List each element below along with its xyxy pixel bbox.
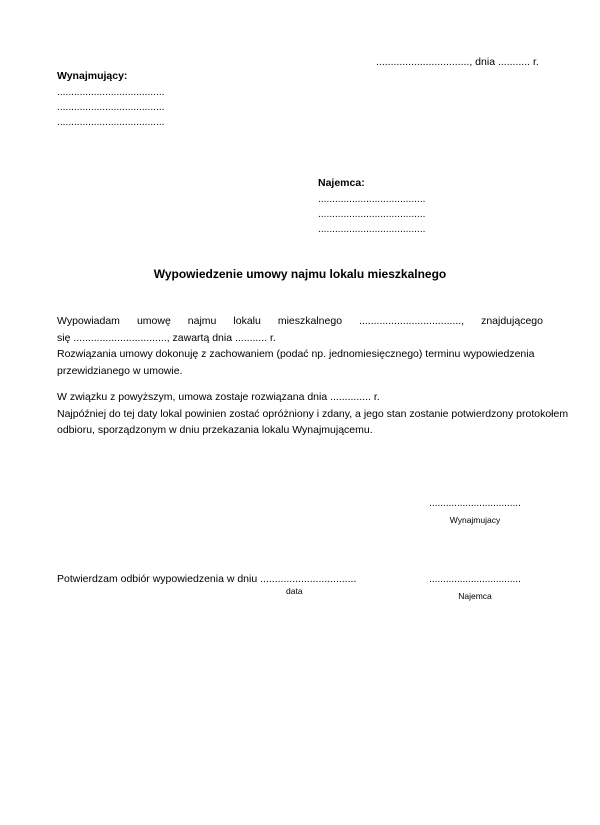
receipt-date-caption: data <box>286 586 303 596</box>
landlord-label: Wynajmujący: <box>57 70 164 82</box>
tenant-signature: ................................. Najemc… <box>422 573 528 602</box>
document-title: Wypowiedzenie umowy najmu lokalu mieszka… <box>0 267 600 281</box>
paragraph-1-line-1: Wypowiadam umowę najmu lokalu mieszkalne… <box>57 313 543 330</box>
tenant-signature-line: ................................. <box>422 573 528 586</box>
landlord-signature-caption: Wynajmujacy <box>422 514 528 526</box>
address-blank: ..................................., <box>359 313 464 330</box>
paragraph-1-line-4: przewidzianego w umowie. <box>57 363 543 380</box>
landlord-block: Wynajmujący: ...........................… <box>57 70 164 130</box>
tenant-line-3: ...................................... <box>318 222 425 237</box>
landlord-line-3: ...................................... <box>57 115 164 130</box>
body-paragraph-1: Wypowiadam umowę najmu lokalu mieszkalne… <box>57 313 543 379</box>
word: umowę <box>137 313 171 330</box>
landlord-signature: ................................. Wynajm… <box>422 497 528 526</box>
tenant-signature-caption: Najemca <box>422 590 528 602</box>
word: Wypowiadam <box>57 313 120 330</box>
paragraph-1-line-2: się ................................, za… <box>57 330 543 347</box>
paragraph-1-line-3: Rozwiązania umowy dokonuję z zachowaniem… <box>57 346 543 363</box>
receipt-confirmation-text: Potwierdzam odbiór wypowiedzenia w dniu … <box>57 573 356 585</box>
tenant-block: Najemca: ...............................… <box>318 177 425 237</box>
word: mieszkalnego <box>278 313 342 330</box>
body-paragraph-2: W związku z powyższym, umowa zostaje roz… <box>57 389 543 439</box>
paragraph-2-line-3: odbioru, sporządzonym w dniu przekazania… <box>57 422 543 439</box>
word: znajdującego <box>481 313 543 330</box>
word: najmu <box>188 313 217 330</box>
place-date-line: ................................, dnia .… <box>376 56 539 68</box>
paragraph-2-line-2: Najpóźniej do tej daty lokal powinien zo… <box>57 406 543 423</box>
tenant-line-2: ...................................... <box>318 207 425 222</box>
landlord-line-2: ...................................... <box>57 100 164 115</box>
paragraph-2-line-1: W związku z powyższym, umowa zostaje roz… <box>57 389 543 406</box>
tenant-line-1: ...................................... <box>318 192 425 207</box>
landlord-signature-line: ................................. <box>422 497 528 510</box>
word: lokalu <box>233 313 260 330</box>
landlord-line-1: ...................................... <box>57 85 164 100</box>
tenant-label: Najemca: <box>318 177 425 189</box>
